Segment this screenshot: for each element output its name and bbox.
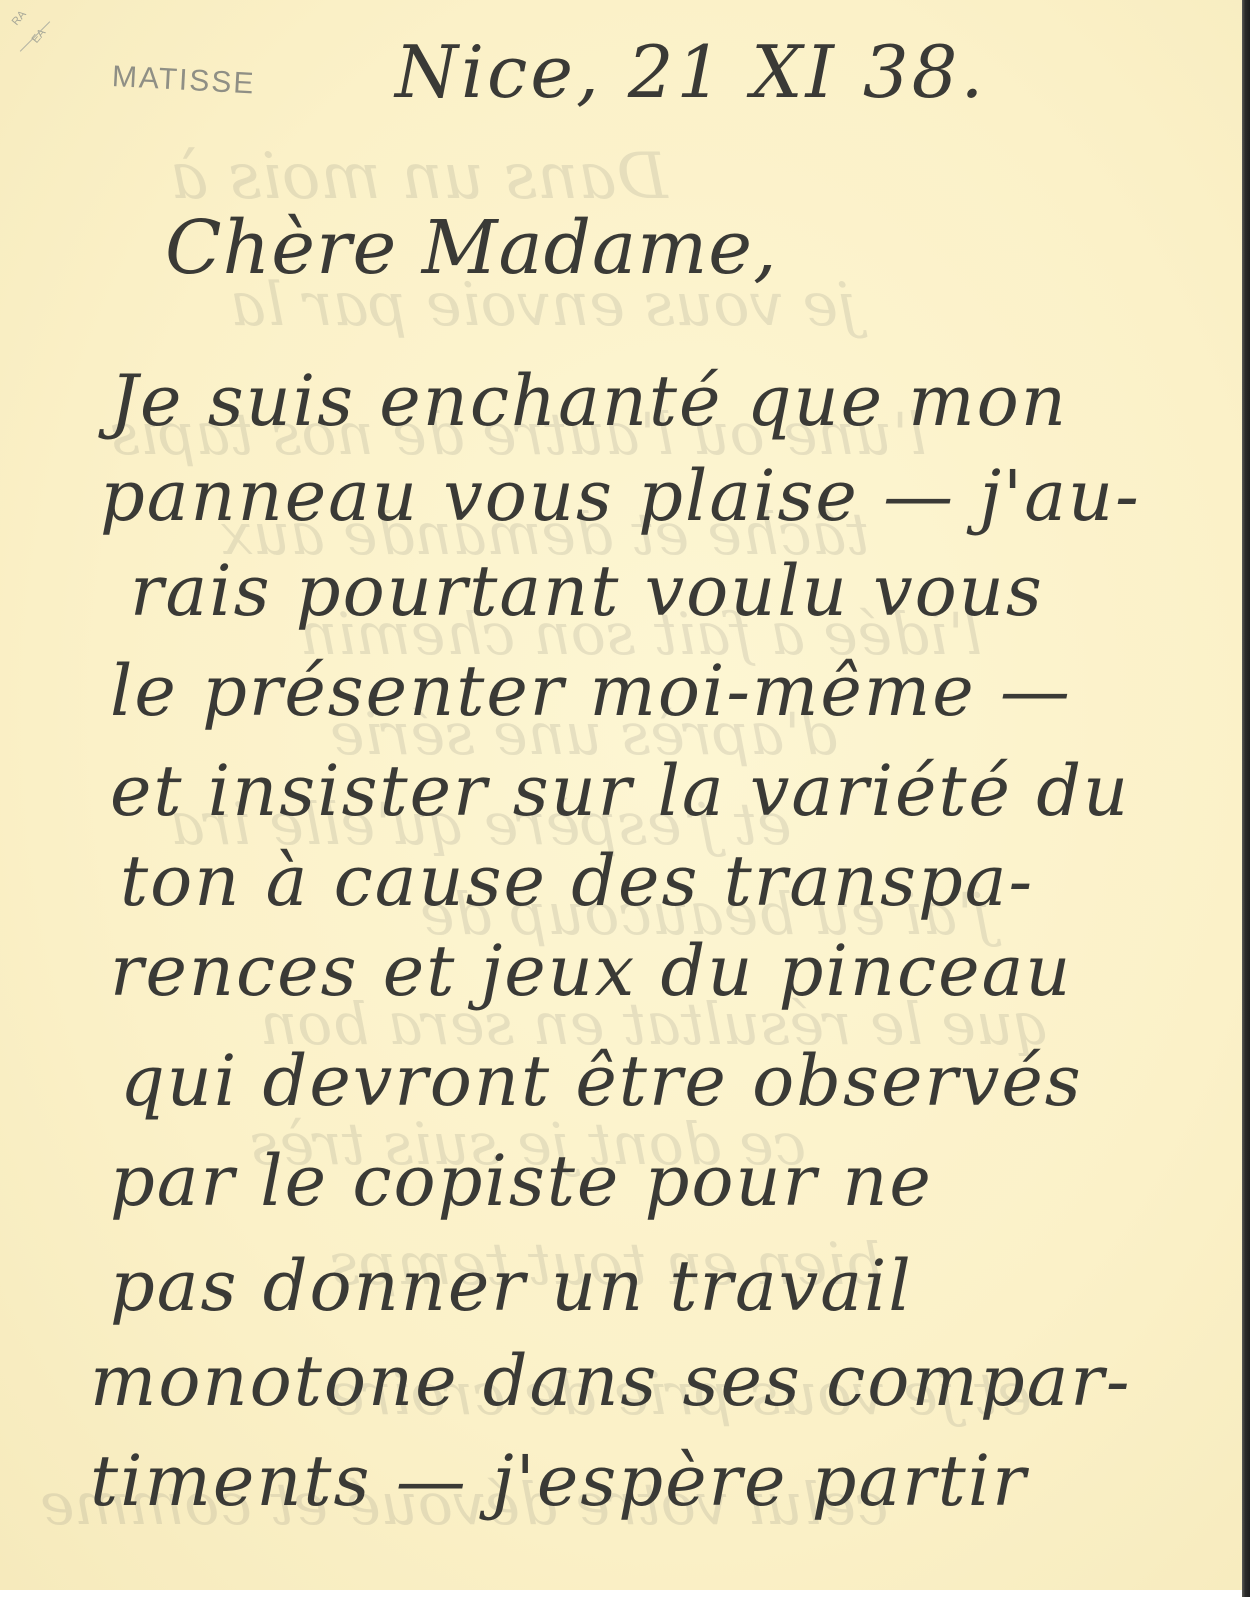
- body-line: monotone dans ses compar-: [90, 1340, 1131, 1422]
- body-line: timents — j'espère partir: [90, 1440, 1028, 1522]
- body-line: pas donner un travail: [110, 1245, 913, 1327]
- pencil-annotation: MATISSE: [111, 60, 256, 101]
- body-line: ton à cause des transpa-: [120, 840, 1034, 922]
- archive-mark-top: RA: [10, 8, 30, 28]
- scanner-edge-right: [1242, 0, 1250, 1597]
- letter-scan: Dans un mois à je vous envoie par la l'u…: [0, 0, 1250, 1597]
- paper-sheet: Dans un mois à je vous envoie par la l'u…: [0, 0, 1242, 1590]
- body-line: panneau vous plaise — j'au-: [100, 455, 1141, 537]
- dateline: Nice, 21 XI 38.: [395, 30, 986, 114]
- salutation: Chère Madame,: [165, 205, 778, 291]
- bleed-through-line: Dans un mois à: [170, 140, 668, 214]
- body-line: rences et jeux du pinceau: [110, 930, 1072, 1012]
- body-line: Je suis enchanté que mon: [110, 360, 1068, 442]
- body-line: et insister sur la variété du: [110, 750, 1130, 832]
- body-line: rais pourtant voulu vous: [130, 550, 1044, 632]
- body-line: qui devront être observés: [120, 1040, 1083, 1122]
- scanner-edge-bottom: [0, 1590, 1242, 1597]
- body-line: par le copiste pour ne: [110, 1140, 933, 1222]
- archive-mark-bottom: EA: [30, 27, 49, 47]
- body-line: le présenter moi-même —: [110, 650, 1072, 732]
- archive-mark: RA EA: [8, 8, 58, 58]
